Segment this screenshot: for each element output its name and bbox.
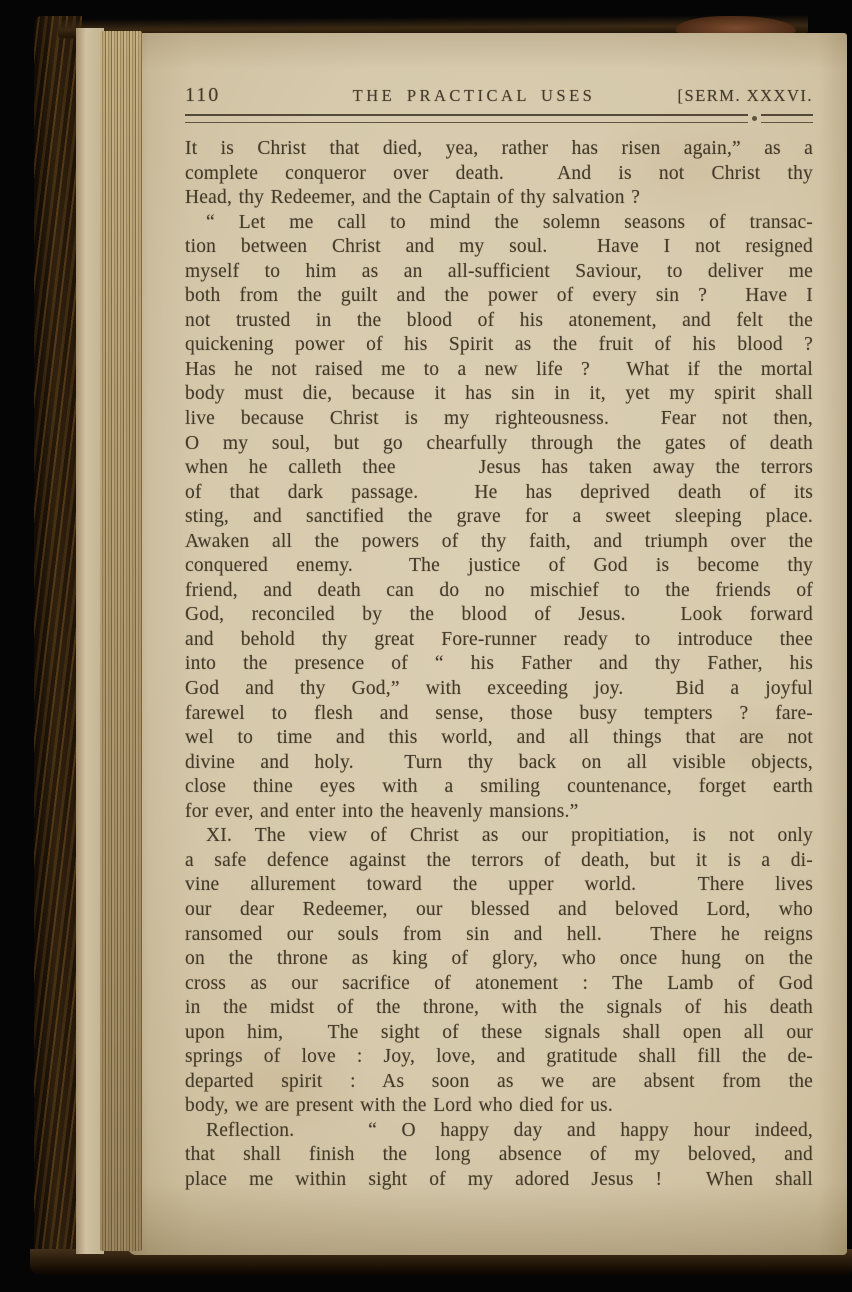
text-line: place me within sight of my adored Jesus… xyxy=(185,1168,813,1193)
text-line: XI. The view of Christ as our propitiati… xyxy=(185,824,813,849)
text-line: close thine eyes with a smiling countena… xyxy=(185,775,813,800)
text-line: springs of love : Joy, love, and gratitu… xyxy=(185,1045,813,1070)
text-line: that shall finish the long absence of my… xyxy=(185,1143,813,1168)
text-line: on the throne as king of glory, who once… xyxy=(185,947,813,972)
text-line: sting, and sanctified the grave for a sw… xyxy=(185,505,813,530)
text-line: O my soul, but go chearfully through the… xyxy=(185,432,813,457)
page-content: 110 THE PRACTICAL USES [SERM. XXXVI. It … xyxy=(128,33,847,1255)
text-line: “ Let me call to mind the solemn seasons… xyxy=(185,211,813,236)
text-line: not trusted in the blood of his atonemen… xyxy=(185,309,813,334)
text-line: Head, thy Redeemer, and the Captain of t… xyxy=(185,186,813,211)
text-line: Has he not raised me to a new life ? Wha… xyxy=(185,358,813,383)
text-line: farewel to flesh and sense, those busy t… xyxy=(185,702,813,727)
text-line: God, reconciled by the blood of Jesus. L… xyxy=(185,603,813,628)
text-line: into the presence of “ his Father and th… xyxy=(185,652,813,677)
rule-segment-long xyxy=(185,114,748,123)
text-line: in the midst of the throne, with the sig… xyxy=(185,996,813,1021)
text-line: departed spirit : As soon as we are abse… xyxy=(185,1070,813,1095)
body-text: It is Christ that died, yea, rather has … xyxy=(185,137,813,1193)
text-line: tion between Christ and my soul. Have I … xyxy=(185,235,813,260)
book-cover-left-edge xyxy=(34,16,82,1274)
text-line: ransomed our souls from sin and hell. Th… xyxy=(185,923,813,948)
text-line: vine allurement toward the upper world. … xyxy=(185,873,813,898)
text-line: Awaken all the powers of thy faith, and … xyxy=(185,530,813,555)
text-line: when he calleth thee Jesus has taken awa… xyxy=(185,456,813,481)
text-line: cross as our sacrifice of atonement : Th… xyxy=(185,972,813,997)
page-number: 110 xyxy=(185,84,305,107)
text-line: live because Christ is my righteousness.… xyxy=(185,407,813,432)
text-line: body must die, because it has sin in it,… xyxy=(185,382,813,407)
text-line: both from the guilt and the power of eve… xyxy=(185,284,813,309)
page-header: 110 THE PRACTICAL USES [SERM. XXXVI. xyxy=(185,84,813,106)
text-line: myself to him as an all-sufficient Savio… xyxy=(185,260,813,285)
text-line: quickening power of his Spirit as the fr… xyxy=(185,333,813,358)
text-line: body, we are present with the Lord who d… xyxy=(185,1094,813,1119)
text-line: complete conqueror over death. And is no… xyxy=(185,162,813,187)
rule-segment-short xyxy=(761,114,813,123)
header-double-rule xyxy=(185,114,813,123)
text-line: a safe defence against the terrors of de… xyxy=(185,849,813,874)
sermon-number-label: [SERM. XXXVI. xyxy=(643,86,813,106)
running-title: THE PRACTICAL USES xyxy=(305,86,643,106)
text-line: of that dark passage. He has deprived de… xyxy=(185,481,813,506)
text-line: and behold thy great Fore-runner ready t… xyxy=(185,628,813,653)
text-line: divine and holy. Turn thy back on all vi… xyxy=(185,751,813,776)
rule-ornament-dot xyxy=(752,116,757,121)
text-line: upon him, The sight of these signals sha… xyxy=(185,1021,813,1046)
text-line: our dear Redeemer, our blessed and belov… xyxy=(185,898,813,923)
text-line: God and thy God,” with exceeding joy. Bi… xyxy=(185,677,813,702)
fanned-page-edges xyxy=(100,31,142,1251)
text-line: wel to time and this world, and all thin… xyxy=(185,726,813,751)
text-line: friend, and death can do no mischief to … xyxy=(185,579,813,604)
text-line: It is Christ that died, yea, rather has … xyxy=(185,137,813,162)
text-line: Reflection. “ O happy day and happy hour… xyxy=(185,1119,813,1144)
text-line: conquered enemy. The justice of God is b… xyxy=(185,554,813,579)
text-line: for ever, and enter into the heavenly ma… xyxy=(185,800,813,825)
photo-backdrop: { "header": { "page_number": "110", "run… xyxy=(0,0,852,1292)
book-page: 110 THE PRACTICAL USES [SERM. XXXVI. It … xyxy=(128,33,847,1255)
